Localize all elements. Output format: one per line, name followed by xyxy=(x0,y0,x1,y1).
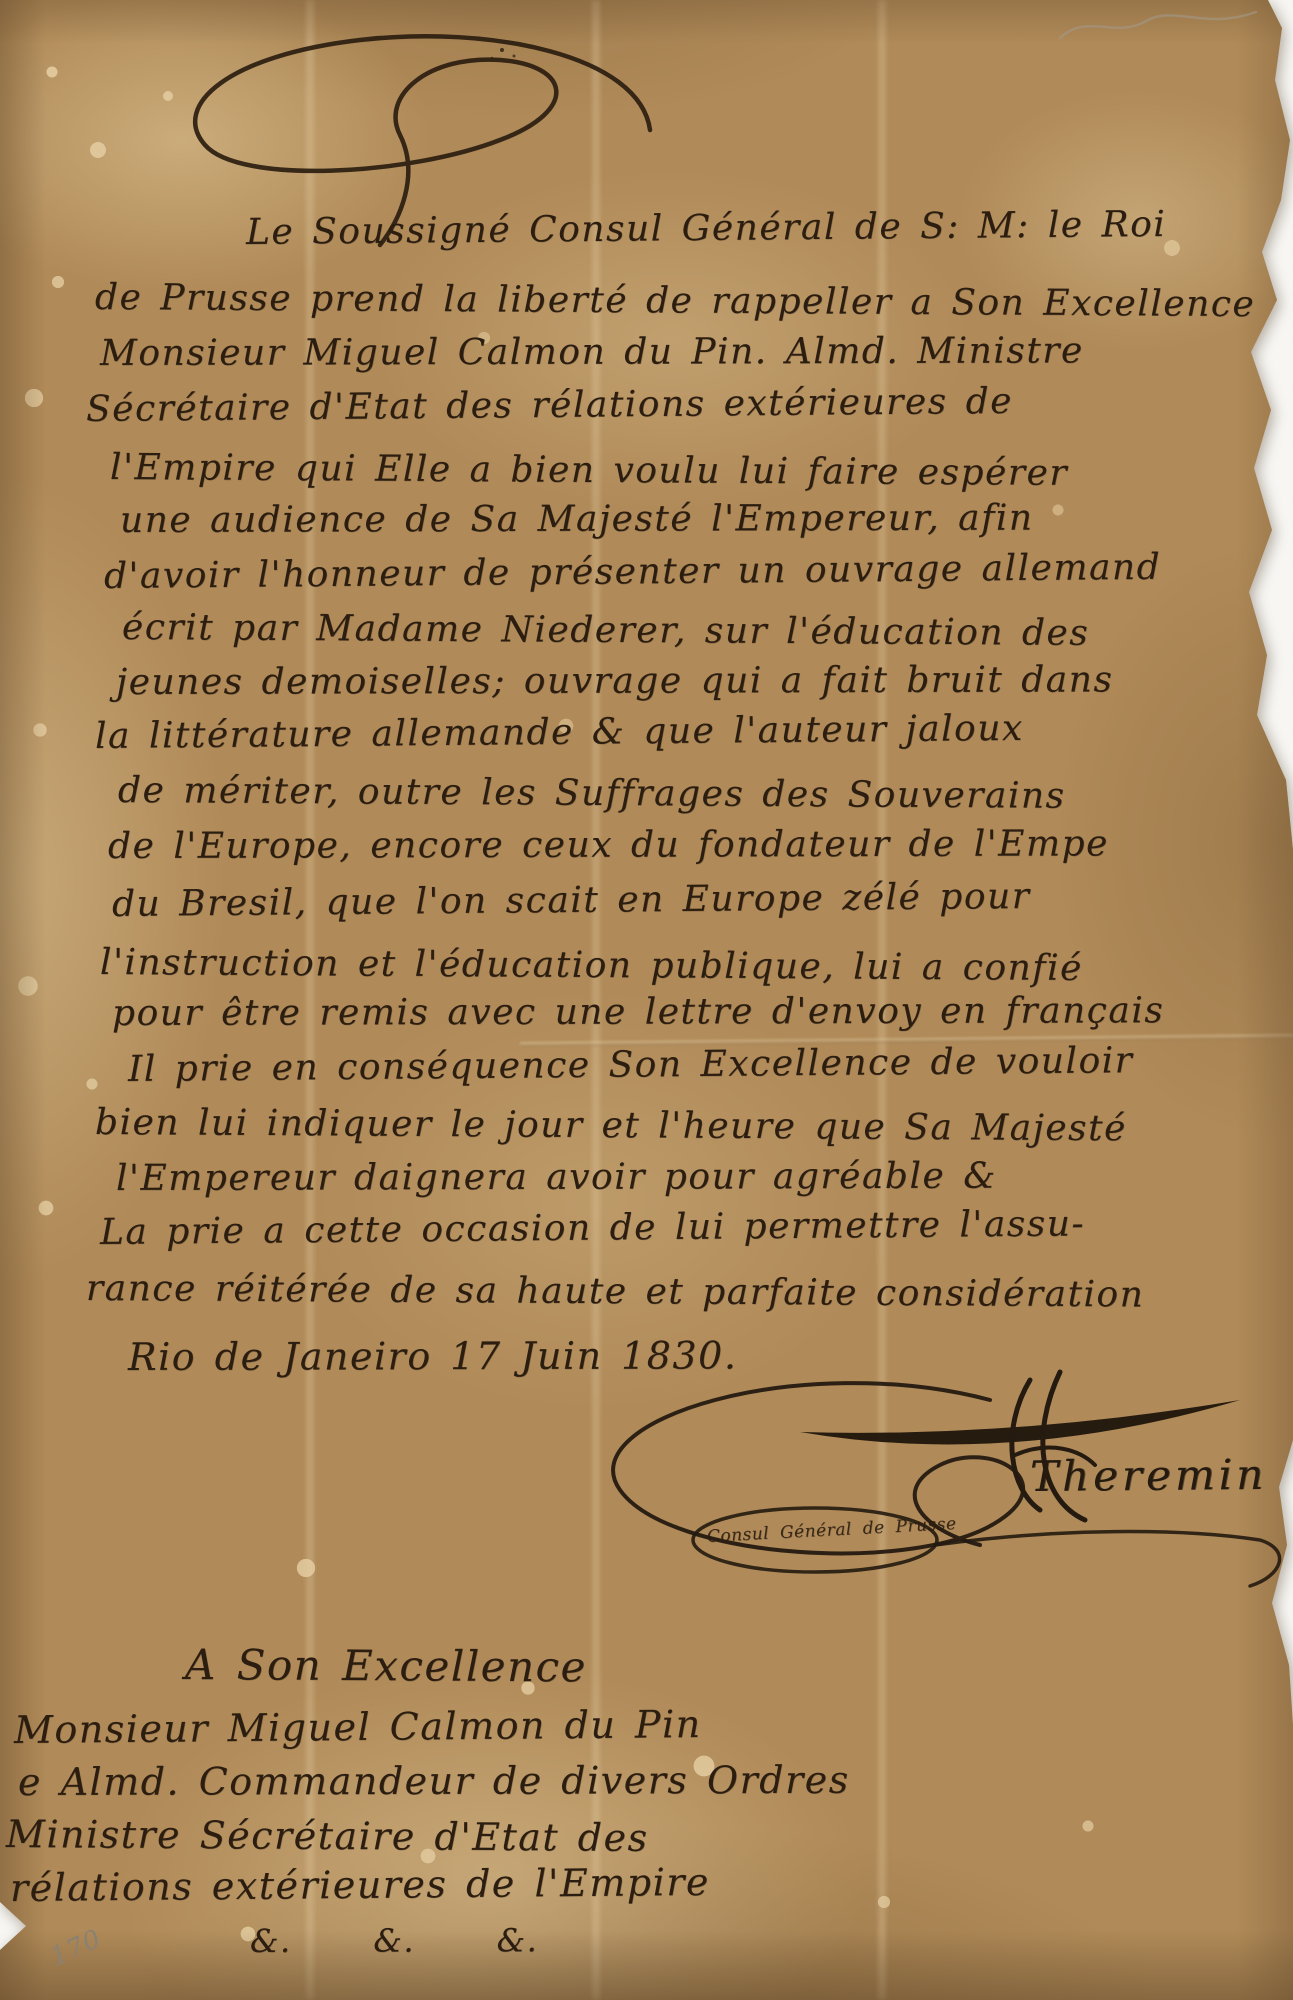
letter-line: pour être remis avec une lettre d'envoy … xyxy=(112,990,1164,1034)
address-line: Monsieur Miguel Calmon du Pin xyxy=(14,1702,702,1752)
letter-line: l'Empereur daignera avoir pour agréable … xyxy=(116,1156,997,1199)
letter-line: écrit par Madame Niederer, sur l'éducati… xyxy=(122,607,1090,654)
archival-number-pencil: 170 xyxy=(46,1924,106,1973)
letter-line: d'avoir l'honneur de présenter un ouvrag… xyxy=(104,547,1162,597)
letter-line: l'Empire qui Elle a bien voulu lui faire… xyxy=(110,447,1068,494)
letter-line: de l'Europe, encore ceux du fondateur de… xyxy=(108,823,1109,867)
faint-pencil-inscription xyxy=(1060,4,1260,52)
letter-line: Le Soussigné Consul Général de S: M: le … xyxy=(246,204,1167,253)
scanned-letter-page: Le Soussigné Consul Général de S: M: le … xyxy=(0,0,1293,2000)
letter-line: la littérature allemande & que l'auteur … xyxy=(95,708,1024,757)
letter-line: du Bresil, que l'on scait en Europe zélé… xyxy=(112,876,1031,925)
letter-line: l'instruction et l'éducation publique, l… xyxy=(100,942,1083,989)
address-line: e Almd. Commandeur de divers Ordres xyxy=(18,1758,850,1804)
letter-line: rance réitérée de sa haute et parfaite c… xyxy=(86,1268,1145,1315)
letter-line: de mériter, outre les Suffrages des Souv… xyxy=(118,770,1066,817)
letter-paper: Le Soussigné Consul Général de S: M: le … xyxy=(0,0,1293,2000)
letter-line: La prie a cette occasion de lui permettr… xyxy=(100,1203,1085,1253)
letter-line: une audience de Sa Majesté l'Empereur, a… xyxy=(120,498,1034,541)
letter-line: Sécrétaire d'Etat des rélations extérieu… xyxy=(86,381,1013,430)
etcetera-marks: &. &. &. xyxy=(250,1921,538,1960)
address-line: rélations extérieures de l'Empire xyxy=(10,1860,710,1910)
paper-shadow-wrap: Le Soussigné Consul Général de S: M: le … xyxy=(0,0,1293,2000)
letter-line: bien lui indiquer le jour et l'heure que… xyxy=(95,1102,1127,1149)
signature-name: Theremin xyxy=(1030,1450,1268,1501)
letter-line: de Prusse prend la liberté de rappeller … xyxy=(95,277,1256,325)
address-line: Ministre Sécrétaire d'Etat des xyxy=(6,1812,649,1860)
address-line: A Son Excellence xyxy=(185,1640,587,1691)
letter-line: Il prie en conséquence Son Excellence de… xyxy=(128,1040,1134,1090)
letter-line: jeunes demoiselles; ouvrage qui a fait b… xyxy=(116,659,1113,703)
letter-line: Monsieur Miguel Calmon du Pin. Almd. Min… xyxy=(100,330,1084,374)
